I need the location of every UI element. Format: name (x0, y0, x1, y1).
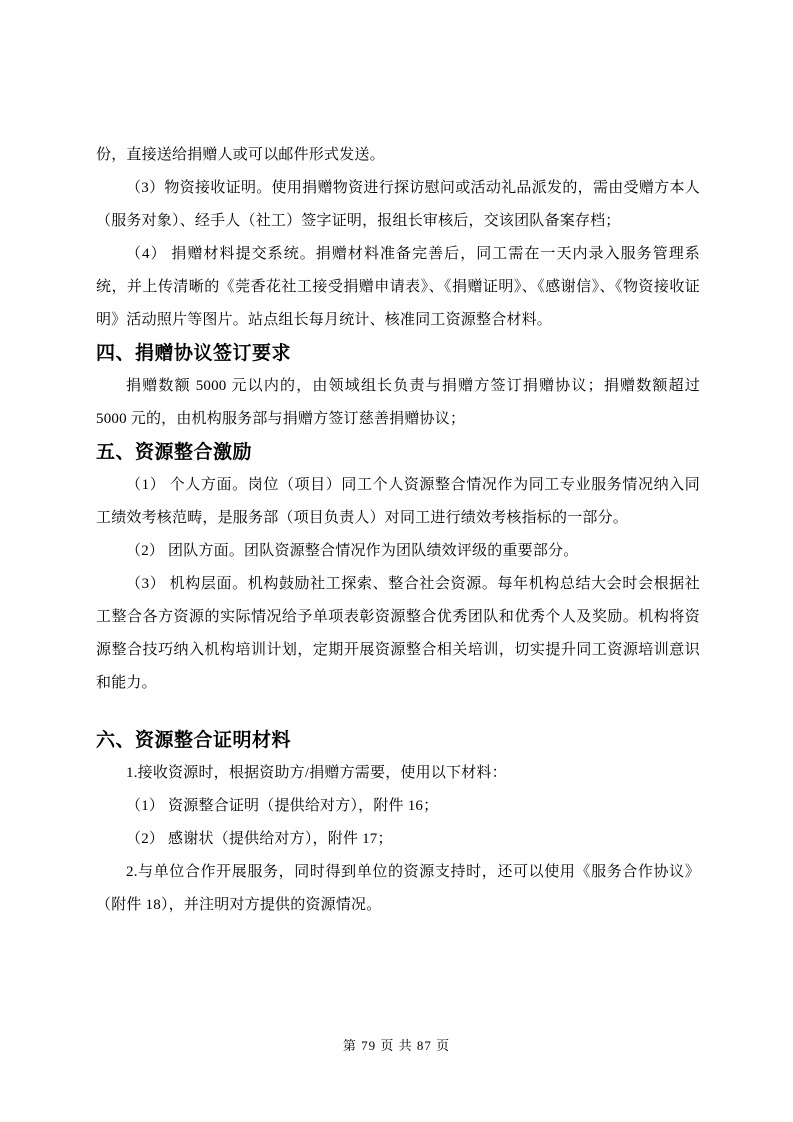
body-paragraph-attachment-17: （2） 感谢状（提供给对方），附件 17； (96, 823, 700, 856)
body-paragraph-item-3: （3）物资接收证明。使用捐赠物资进行探访慰问或活动礼品派发的，需由受赠方本人（服… (96, 172, 700, 238)
body-paragraph-team: （2） 团队方面。团队资源整合情况作为团队绩效评级的重要部分。 (96, 535, 700, 568)
document-page: 份，直接送给捐赠人或可以邮件形式发送。 （3）物资接收证明。使用捐赠物资进行探访… (0, 0, 793, 1122)
page-footer: 第 79 页 共 87 页 (0, 1037, 793, 1055)
section-heading-5: 五、资源整合激励 (96, 436, 700, 469)
body-paragraph-agreement: 捐赠数额 5000 元以内的，由领域组长负责与捐赠方签订捐赠协议；捐赠数额超过 … (96, 370, 700, 436)
body-paragraph-item-4: （4） 捐赠材料提交系统。捐赠材料准备完善后，同工需在一天内录入服务管理系统，并… (96, 238, 700, 337)
document-content: 份，直接送给捐赠人或可以邮件形式发送。 （3）物资接收证明。使用捐赠物资进行探访… (96, 0, 700, 922)
body-paragraph-cooperation: 2.与单位合作开展服务，同时得到单位的资源支持时，还可以使用《服务合作协议》（附… (96, 856, 700, 922)
body-paragraph-individual: （1） 个人方面。岗位（项目）同工个人资源整合情况作为同工专业服务情况纳入同工绩… (96, 469, 700, 535)
section-heading-4: 四、捐赠协议签订要求 (96, 337, 700, 370)
body-paragraph-attachment-16: （1） 资源整合证明（提供给对方），附件 16； (96, 790, 700, 823)
body-paragraph-materials-intro: 1.接收资源时，根据资助方/捐赠方需要，使用以下材料： (96, 757, 700, 790)
body-paragraph-continuation: 份，直接送给捐赠人或可以邮件形式发送。 (96, 139, 700, 172)
section-heading-6: 六、资源整合证明材料 (96, 724, 700, 757)
page-number-text: 第 79 页 共 87 页 (343, 1038, 450, 1053)
body-paragraph-organization: （3） 机构层面。机构鼓励社工探索、整合社会资源。每年机构总结大会时会根据社工整… (96, 568, 700, 700)
